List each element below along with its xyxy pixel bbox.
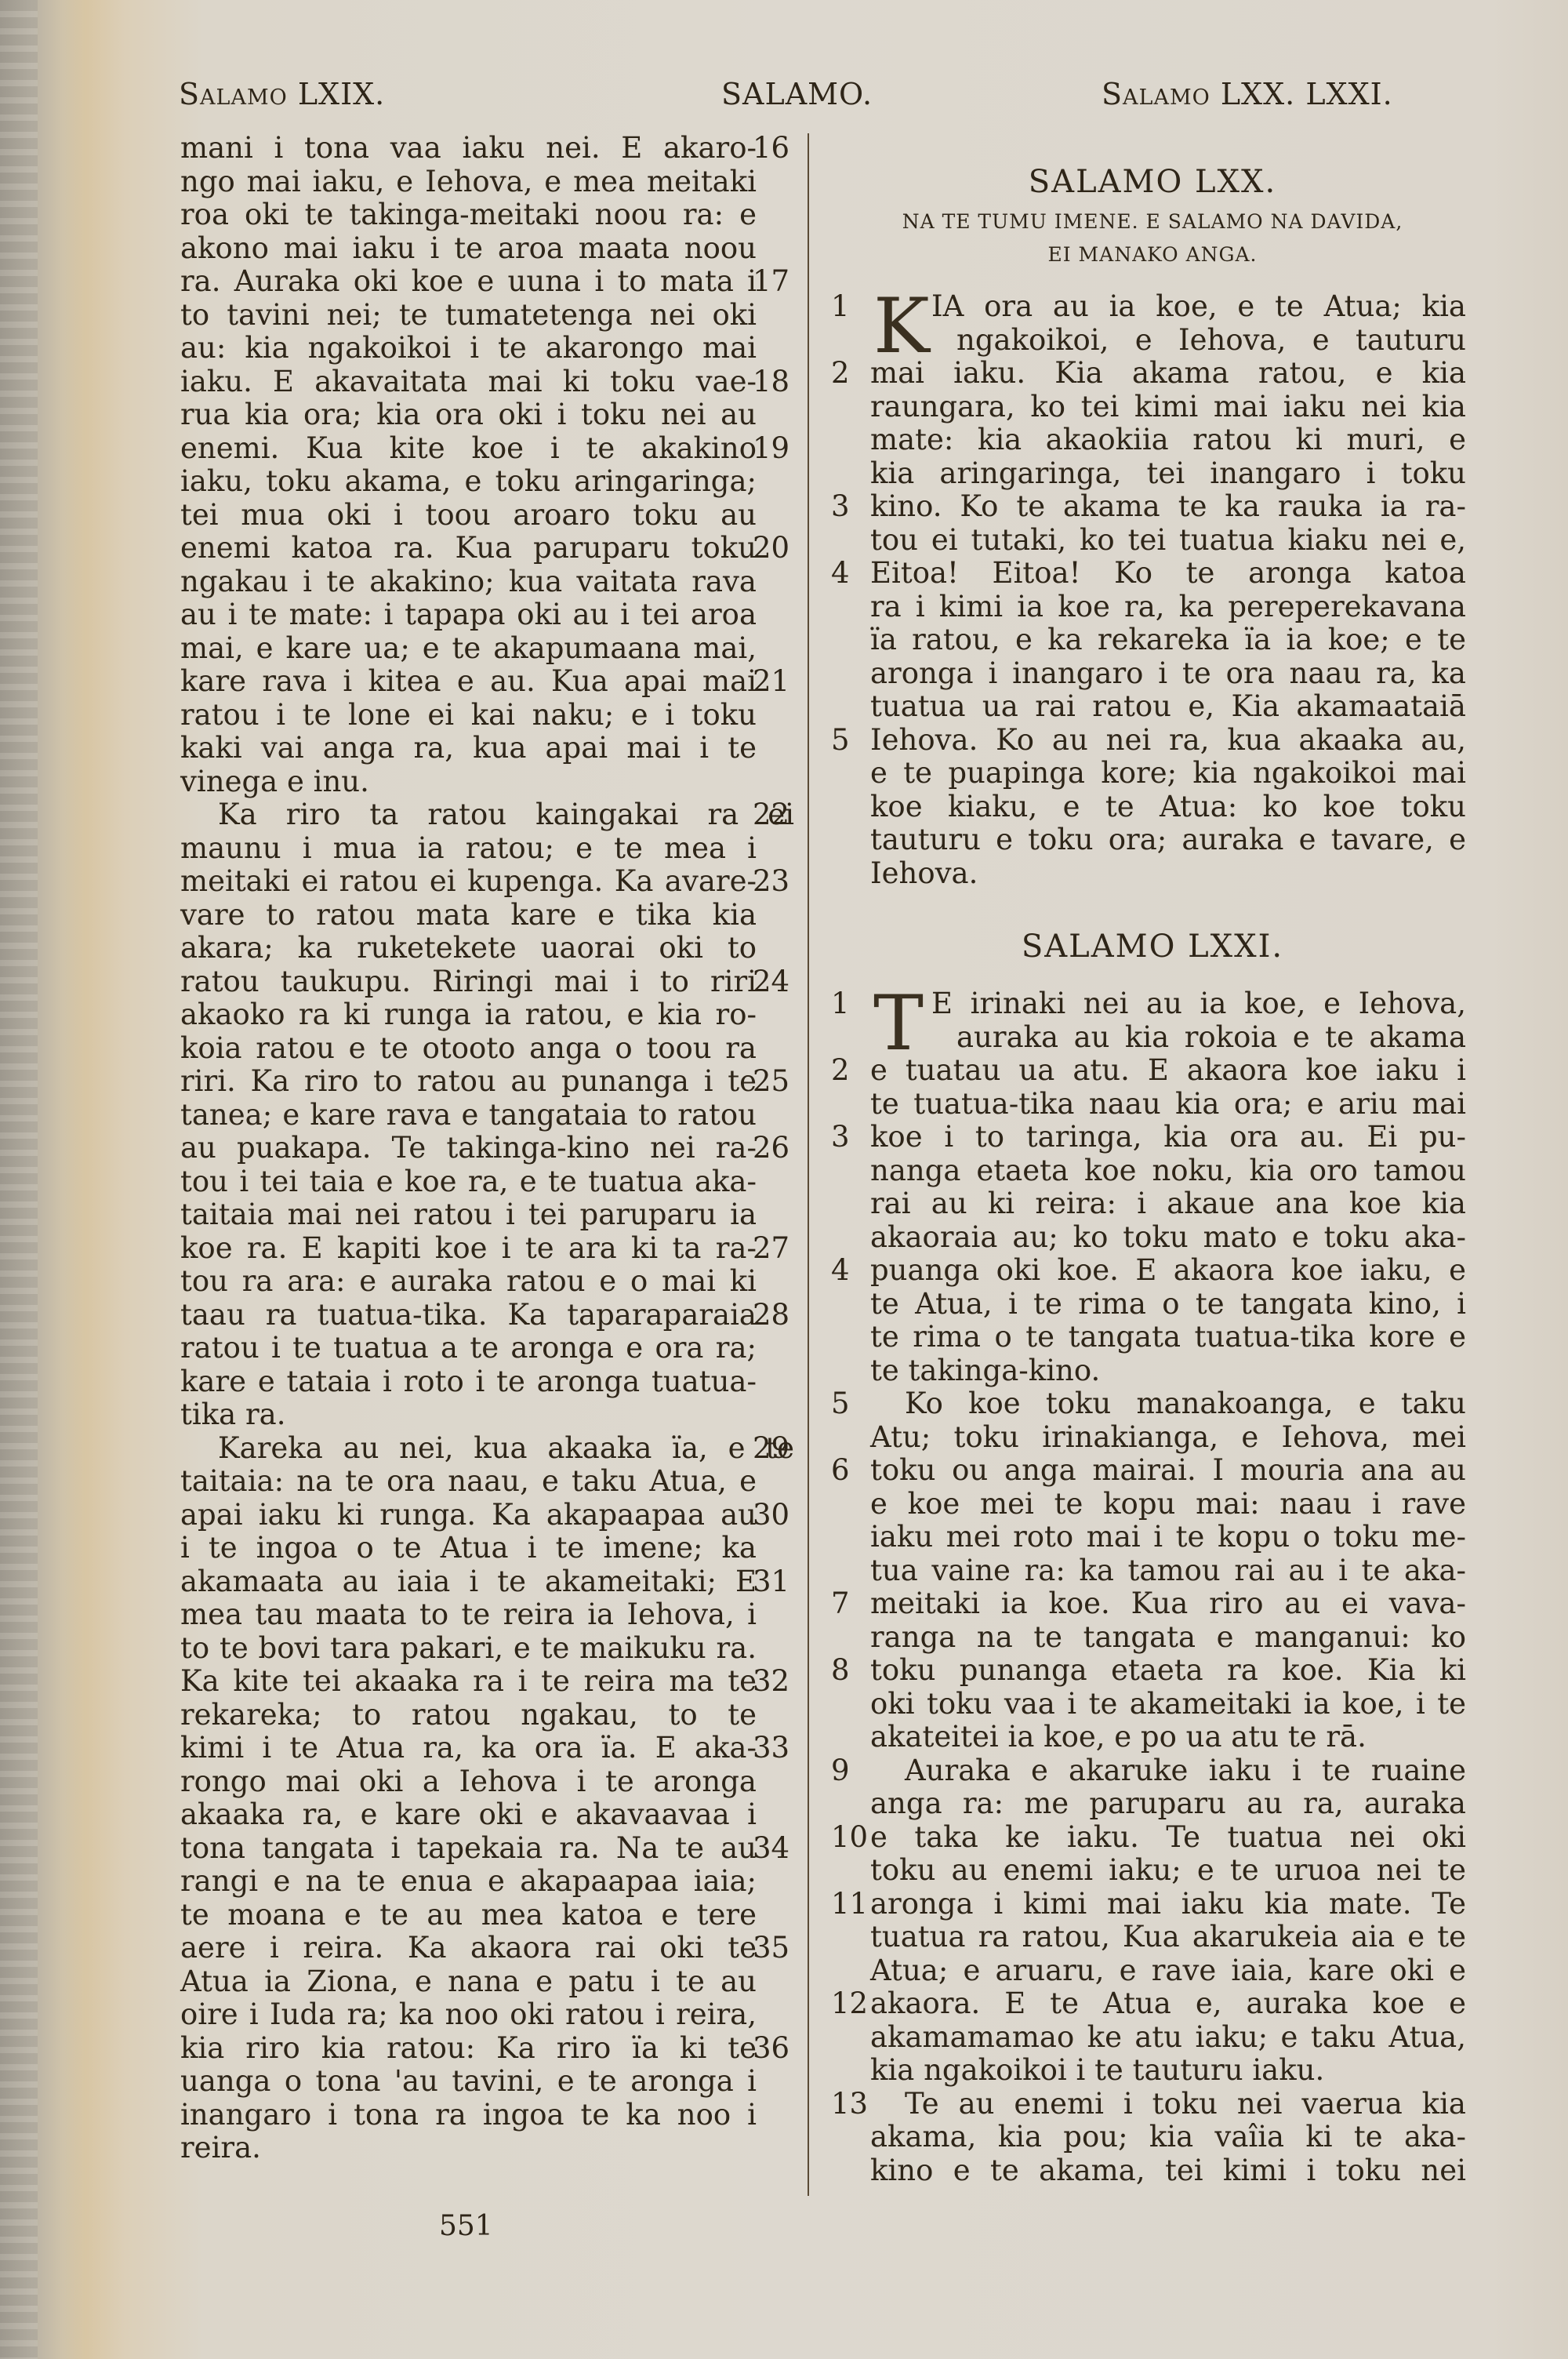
text-line: ngakoikoi, e Iehova, e tauturu	[839, 324, 1466, 358]
verse-number: 4	[831, 1254, 867, 1288]
line-text: akono mai iaku i te aroa maata noou	[180, 232, 757, 266]
text-line: apai iaku ki runga. Ka akapaapaa au30	[180, 1499, 792, 1532]
text-line: Ka riro ta ratou kaingakai ra ei22	[180, 798, 792, 832]
verse-number: 1	[831, 987, 867, 1021]
text-line: to tavini nei; te tumatetenga nei oki	[180, 299, 792, 333]
verse-number: 3	[831, 1121, 867, 1154]
line-text: kino e te akama, tei kimi i toku nei	[870, 2154, 1466, 2188]
line-text: ra. Auraka oki koe e uuna i to mata i	[180, 265, 757, 299]
line-text: mate: kia akaokiia ratou ki muri, e	[870, 423, 1466, 457]
line-text: kia riro kia ratou: Ka riro ïa ki te	[180, 2032, 757, 2066]
text-line: akaaka ra, e kare oki e akavaavaa i	[180, 1798, 792, 1832]
psalm-71-title: SALAMO LXXI.	[839, 923, 1466, 970]
text-line: koe ra. E kapiti koe i te ara ki ta ra-2…	[180, 1232, 792, 1266]
verse-number: 3	[831, 490, 867, 524]
line-text: to tavini nei; te tumatetenga nei oki	[180, 299, 757, 333]
line-text: te rima o te tangata tuatua-tika kore e	[870, 1321, 1466, 1354]
line-text: mai iaku. Kia akama ratou, e kia	[870, 357, 1466, 391]
text-line: IA ora au ia koe, e te Atua; kia1	[839, 290, 1466, 324]
line-text: au puakapa. Te takinga-kino nei ra-	[180, 1132, 757, 1165]
line-text: iaku mei roto mai i te kopu o toku me-	[870, 1521, 1466, 1554]
text-line: ngo mai iaku, e Iehova, e mea meitaki	[180, 165, 792, 199]
verse-number: 31	[753, 1565, 792, 1599]
line-text: te moana e te au mea katoa e tere	[180, 1899, 757, 1932]
line-text: Eitoa! Eitoa! Ko te aronga katoa	[870, 557, 1466, 591]
text-line: te moana e te au mea katoa e tere	[180, 1899, 792, 1932]
line-text: koia ratou e te otooto anga o toou ra	[180, 1032, 757, 1066]
line-text: Ka kite tei akaaka ra i te reira ma te	[180, 1665, 757, 1699]
text-line: ranga na te tangata e manganui: ko	[839, 1621, 1466, 1655]
verse-number: 7	[831, 1587, 867, 1621]
text-line: akaoraia au; ko toku mato e toku aka-	[839, 1221, 1466, 1255]
verse-number: 10	[831, 1821, 867, 1855]
text-line: rekareka; to ratou ngakau, to te	[180, 1699, 792, 1732]
line-text: raungara, ko tei kimi mai iaku nei kia	[870, 391, 1466, 424]
left-column: mani i tona vaa iaku nei. E akaro-16ngo …	[180, 132, 792, 2165]
line-text: kimi i te Atua ra, ka ora ïa. E aka-	[180, 1732, 757, 1765]
text-line: vinega e inu.	[180, 765, 792, 799]
text-line: akono mai iaku i te aroa maata noou	[180, 232, 792, 266]
text-line: kare e tataia i roto i te aronga tuatua-	[180, 1365, 792, 1399]
line-text: toku au enemi iaku; e te uruoa nei te	[870, 1854, 1466, 1888]
page-number: 551	[439, 2210, 493, 2242]
line-text: oki toku vaa i te akameitaki ia koe, i t…	[870, 1688, 1466, 1721]
line-text: anga ra: me paruparu au ra, auraka	[870, 1787, 1466, 1821]
verse-number: 33	[753, 1732, 792, 1765]
line-text: akateitei ia koe, e po ua atu te rā.	[870, 1721, 1466, 1754]
line-text: koe kiaku, e te Atua: ko koe toku	[870, 791, 1466, 824]
line-text: auraka au kia rokoia e te akama	[870, 1021, 1466, 1055]
text-line: ïa ratou, e ka rekareka ïa ia koe; e te	[839, 623, 1466, 657]
line-text: ratou i te tuatua a te aronga e ora ra;	[180, 1332, 757, 1365]
text-line: uanga o tona 'au tavini, e te aronga i	[180, 2065, 792, 2099]
text-line: Atua; e aruaru, e rave iaia, kare oki e	[839, 1954, 1466, 1988]
line-text: Te au enemi i toku nei vaerua kia	[870, 2088, 1466, 2121]
text-line: tauturu e toku ora; auraka e tavare, e	[839, 823, 1466, 857]
line-text: ratou taukupu. Riringi mai i to riri	[180, 965, 757, 999]
text-line: inangaro i tona ra ingoa te ka noo i	[180, 2099, 792, 2132]
line-text: tou ra ara: e auraka ratou e o mai ki	[180, 1265, 757, 1299]
line-text: e taka ke iaku. Te tuatua nei oki	[870, 1821, 1466, 1855]
line-text: inangaro i tona ra ingoa te ka noo i	[180, 2099, 757, 2132]
text-line: tou ra ara: e auraka ratou e o mai ki	[180, 1265, 792, 1299]
text-line: tika ra.	[180, 1398, 792, 1432]
line-text: Kareka au nei, kua akaaka ïa, e te	[218, 1432, 794, 1466]
verse-number: 2	[831, 1054, 867, 1088]
line-text: kaki vai anga ra, kua apai mai i te	[180, 732, 757, 765]
line-text: oire i Iuda ra; ka noo oki ratou i reira…	[180, 1998, 757, 2032]
facing-page-edge	[0, 0, 38, 2359]
line-text: Atua ia Ziona, e nana e patu i te au	[180, 1965, 757, 1999]
line-text: koe ra. E kapiti koe i te ara ki ta ra-	[180, 1232, 757, 1266]
text-line: toku ou anga mairai. I mouria ana au6	[839, 1454, 1466, 1488]
line-text: tauturu e toku ora; auraka e tavare, e	[870, 823, 1466, 857]
text-line: meitaki ia koe. Kua riro au ei vava-7	[839, 1587, 1466, 1621]
verse-number: 24	[753, 965, 792, 999]
text-line: Te au enemi i toku nei vaerua kia13	[839, 2088, 1466, 2121]
line-text: Atu; toku irinakianga, e Iehova, mei	[870, 1421, 1466, 1455]
line-text: akara; ka ruketekete uaorai oki to	[180, 932, 757, 965]
line-text: reira.	[180, 2132, 757, 2165]
text-line: iaku mei roto mai i te kopu o toku me-	[839, 1521, 1466, 1554]
verse-number: 36	[753, 2032, 792, 2066]
text-line: taau ra tuatua-tika. Ka taparaparaia28	[180, 1299, 792, 1332]
line-text: iaku, toku akama, e toku aringaringa;	[180, 465, 757, 499]
line-text: apai iaku ki runga. Ka akapaapaa au	[180, 1499, 757, 1532]
line-text: tei mua oki i toou aroaro toku au	[180, 499, 757, 533]
text-line: E irinaki nei au ia koe, e Iehova,1	[839, 987, 1466, 1021]
text-line: taitaia mai nei ratou i tei paruparu ia	[180, 1198, 792, 1232]
line-text: Atua; e aruaru, e rave iaia, kare oki e	[870, 1954, 1466, 1988]
line-text: taau ra tuatua-tika. Ka taparaparaia	[180, 1299, 757, 1332]
verse-number: 22	[753, 798, 792, 832]
line-text: IA ora au ia koe, e te Atua; kia	[870, 290, 1466, 324]
line-text: uanga o tona 'au tavini, e te aronga i	[180, 2065, 757, 2099]
line-text: tika ra.	[180, 1398, 757, 1432]
line-text: vinega e inu.	[180, 765, 757, 799]
verse-number: 32	[753, 1665, 792, 1699]
text-line: mea tau maata to te reira ia Iehova, i	[180, 1598, 792, 1632]
text-line: tanea; e kare rava e tangataia to ratou	[180, 1099, 792, 1132]
line-text: akaaka ra, e kare oki e akavaavaa i	[180, 1798, 757, 1832]
line-text: to te bovi tara pakari, e te maikuku ra.	[180, 1632, 757, 1666]
text-line: koe kiaku, e te Atua: ko koe toku	[839, 791, 1466, 824]
text-line: meitaki ei ratou ei kupenga. Ka avare-23	[180, 865, 792, 899]
text-line: Iehova. Ko au nei ra, kua akaaka au,5	[839, 724, 1466, 758]
line-text: meitaki ia koe. Kua riro au ei vava-	[870, 1587, 1466, 1621]
text-line: i te ingoa o te Atua i te imene; ka	[180, 1532, 792, 1565]
verse-number: 35	[753, 1932, 792, 1965]
text-line: maunu i mua ia ratou; e te mea i	[180, 832, 792, 866]
line-text: tanea; e kare rava e tangataia to ratou	[180, 1099, 757, 1132]
line-text: riri. Ka riro to ratou au punanga i te	[180, 1065, 757, 1099]
text-line: ratou i te lone ei kai naku; e i toku	[180, 699, 792, 732]
text-line: e koe mei te kopu mai: naau i rave	[839, 1488, 1466, 1521]
verse-number: 8	[831, 1654, 867, 1688]
running-head-right: Salamo LXX. LXXI.	[1102, 77, 1393, 111]
text-line: aere i reira. Ka akaora rai oki te35	[180, 1932, 792, 1965]
text-line: kia aringaringa, tei inangaro i toku	[839, 457, 1466, 491]
text-line: kino e te akama, tei kimi i toku nei	[839, 2154, 1466, 2188]
line-text: ra i kimi ia koe ra, ka pereperekavana	[870, 591, 1466, 624]
text-line: au puakapa. Te takinga-kino nei ra-26	[180, 1132, 792, 1165]
line-text: tou ei tutaki, ko tei tuatua kiaku nei e…	[870, 524, 1466, 558]
text-line: auraka au kia rokoia e te akama	[839, 1021, 1466, 1055]
line-text: ngo mai iaku, e Iehova, e mea meitaki	[180, 165, 757, 199]
verse-number: 18	[753, 365, 792, 399]
column-divider-rule	[808, 133, 809, 2196]
line-text: Iehova.	[870, 857, 1466, 891]
psalm-70-subtitle-line1: NA TE TUMU IMENE. E SALAMO NA DAVIDA,	[839, 205, 1466, 238]
line-text: Auraka e akaruke iaku i te ruaine	[870, 1754, 1466, 1788]
line-text: Ko koe toku manakoanga, e taku	[870, 1387, 1466, 1421]
text-line: koia ratou e te otooto anga o toou ra	[180, 1032, 792, 1066]
line-text: mai, e kare ua; e te akapumaana mai,	[180, 632, 757, 666]
text-line: kia riro kia ratou: Ka riro ïa ki te36	[180, 2032, 792, 2066]
text-line: Ko koe toku manakoanga, e taku5	[839, 1387, 1466, 1421]
text-line: Ka kite tei akaaka ra i te reira ma te32	[180, 1665, 792, 1699]
line-text: ïa ratou, e ka rekareka ïa ia koe; e te	[870, 623, 1466, 657]
text-line: akama, kia pou; kia vaîia ki te aka-	[839, 2121, 1466, 2154]
text-line: ra i kimi ia koe ra, ka pereperekavana	[839, 591, 1466, 624]
line-text: tuatua ra ratou, Kua akarukeia aia e te	[870, 1921, 1466, 1954]
line-text: akaoko ra ki runga ia ratou, e kia ro-	[180, 998, 757, 1032]
line-text: tona tangata i tapekaia ra. Na te au	[180, 1832, 757, 1866]
line-text: te Atua, i te rima o te tangata kino, i	[870, 1288, 1466, 1321]
verse-number: 6	[831, 1454, 867, 1488]
line-text: Ka riro ta ratou kaingakai ra ei	[218, 798, 794, 832]
text-line: aronga i kimi mai iaku kia mate. Te11	[839, 1888, 1466, 1921]
line-text: toku ou anga mairai. I mouria ana au	[870, 1454, 1466, 1488]
running-head-left: Salamo LXIX.	[179, 77, 385, 111]
text-line: te Atua, i te rima o te tangata kino, i	[839, 1288, 1466, 1321]
line-text: e tuatau ua atu. E akaora koe iaku i	[870, 1054, 1466, 1088]
text-line: toku au enemi iaku; e te uruoa nei te	[839, 1854, 1466, 1888]
text-line: toku punanga etaeta ra koe. Kia ki8	[839, 1654, 1466, 1688]
text-line: rai au ki reira: i akaue ana koe kia	[839, 1187, 1466, 1221]
text-line: te tuatua-tika naau kia ora; e ariu mai	[839, 1088, 1466, 1121]
text-line: akaoko ra ki runga ia ratou, e kia ro-	[180, 998, 792, 1032]
line-text: tou i tei taia e koe ra, e te tuatua aka…	[180, 1165, 757, 1199]
text-line: puanga oki koe. E akaora koe iaku, e4	[839, 1254, 1466, 1288]
line-text: akaora. E te Atua e, auraka koe e	[870, 1987, 1466, 2021]
line-text: rai au ki reira: i akaue ana koe kia	[870, 1187, 1466, 1221]
line-text: rekareka; to ratou ngakau, to te	[180, 1699, 757, 1732]
line-text: akamaata au iaia i te akameitaki; E	[180, 1565, 757, 1599]
text-line: tou ei tutaki, ko tei tuatua kiaku nei e…	[839, 524, 1466, 558]
text-line: mai, e kare ua; e te akapumaana mai,	[180, 632, 792, 666]
line-text: ranga na te tangata e manganui: ko	[870, 1621, 1466, 1655]
verse-number: 23	[753, 865, 792, 899]
text-line: taitaia: na te ora naau, e taku Atua, e	[180, 1465, 792, 1499]
text-line: Atua ia Ziona, e nana e patu i te au	[180, 1965, 792, 1999]
verse-number: 28	[753, 1299, 792, 1332]
text-line: e tuatau ua atu. E akaora koe iaku i2	[839, 1054, 1466, 1088]
text-line: akara; ka ruketekete uaorai oki to	[180, 932, 792, 965]
verse-number: 11	[831, 1888, 867, 1921]
text-line: au: kia ngakoikoi i te akarongo mai	[180, 332, 792, 365]
text-line: vare to ratou mata kare e tika kia	[180, 899, 792, 932]
verse-number: 26	[753, 1132, 792, 1165]
text-line: Atu; toku irinakianga, e Iehova, mei	[839, 1421, 1466, 1455]
verse-number: 12	[831, 1987, 867, 2021]
text-line: akaora. E te Atua e, auraka koe e12	[839, 1987, 1466, 2021]
verse-number: 4	[831, 557, 867, 591]
text-line: tua vaine ra: ka tamou rai au i te aka-	[839, 1554, 1466, 1588]
line-text: nanga etaeta koe noku, kia oro tamou	[870, 1154, 1466, 1188]
line-text: ngakoikoi, e Iehova, e tauturu	[870, 324, 1466, 358]
text-line: akamaata au iaia i te akameitaki; E31	[180, 1565, 792, 1599]
line-text: iaku. E akavaitata mai ki toku vae-	[180, 365, 757, 399]
verse-number: 17	[753, 265, 792, 299]
running-head-center: SALAMO.	[721, 77, 873, 111]
text-line: ngakau i te akakino; kua vaitata rava	[180, 565, 792, 599]
text-line: roa oki te takinga-meitaki noou ra: e	[180, 198, 792, 232]
verse-number: 27	[753, 1232, 792, 1266]
line-text: kia aringaringa, tei inangaro i toku	[870, 457, 1466, 491]
line-text: akaoraia au; ko toku mato e toku aka-	[870, 1221, 1466, 1255]
text-line: ratou i te tuatua a te aronga e ora ra;	[180, 1332, 792, 1365]
psalm-70-title: SALAMO LXX.	[839, 158, 1466, 205]
text-line: to te bovi tara pakari, e te maikuku ra.	[180, 1632, 792, 1666]
line-text: roa oki te takinga-meitaki noou ra: e	[180, 198, 757, 232]
line-text: i te ingoa o te Atua i te imene; ka	[180, 1532, 757, 1565]
line-text: aere i reira. Ka akaora rai oki te	[180, 1932, 757, 1965]
text-line: e te puapinga kore; kia ngakoikoi mai	[839, 757, 1466, 791]
text-line: koe i to taringa, kia ora au. Ei pu-3	[839, 1121, 1466, 1154]
line-text: e koe mei te kopu mai: naau i rave	[870, 1488, 1466, 1521]
line-text: ratou i te lone ei kai naku; e i toku	[180, 699, 757, 732]
verse-number: 16	[753, 132, 792, 165]
verse-number: 19	[753, 432, 792, 466]
text-line: au i te mate: i tapapa oki au i tei aroa	[180, 598, 792, 632]
verse-number: 29	[753, 1432, 792, 1466]
line-text: mani i tona vaa iaku nei. E akaro-	[180, 132, 757, 165]
verse-number: 20	[753, 532, 792, 565]
line-text: E irinaki nei au ia koe, e Iehova,	[870, 987, 1466, 1021]
text-line: mani i tona vaa iaku nei. E akaro-16	[180, 132, 792, 165]
line-text: koe i to taringa, kia ora au. Ei pu-	[870, 1121, 1466, 1154]
line-text: kare e tataia i roto i te aronga tuatua-	[180, 1365, 757, 1399]
verse-number: 30	[753, 1499, 792, 1532]
line-text: taitaia: na te ora naau, e taku Atua, e	[180, 1465, 757, 1499]
running-head: Salamo LXIX. SALAMO. Salamo LXX. LXXI.	[0, 77, 1568, 124]
text-line: rongo mai oki a Iehova i te aronga	[180, 1765, 792, 1799]
text-line: tuatua ua rai ratou e, Kia akamaataiā	[839, 690, 1466, 724]
line-text: enemi. Kua kite koe i te akakino	[180, 432, 757, 466]
psalm-70-subtitle-line2: EI MANAKO ANGA.	[839, 238, 1466, 271]
text-line: e taka ke iaku. Te tuatua nei oki10	[839, 1821, 1466, 1855]
line-text: aronga i inangaro i te ora naau ra, ka	[870, 657, 1466, 691]
text-line: ratou taukupu. Riringi mai i to riri24	[180, 965, 792, 999]
text-line: tuatua ra ratou, Kua akarukeia aia e te	[839, 1921, 1466, 1954]
right-column: SALAMO LXX. NA TE TUMU IMENE. E SALAMO N…	[839, 132, 1497, 2187]
verse-number: 5	[831, 1387, 867, 1421]
text-line: kaki vai anga ra, kua apai mai i te	[180, 732, 792, 765]
verse-number: 21	[753, 665, 792, 699]
verse-number: 25	[753, 1065, 792, 1099]
text-line: aronga i inangaro i te ora naau ra, ka	[839, 657, 1466, 691]
text-line: oire i Iuda ra; ka noo oki ratou i reira…	[180, 1998, 792, 2032]
psalm-71-body: T E irinaki nei au ia koe, e Iehova,1aur…	[839, 987, 1497, 2187]
psalm-70-body: K IA ora au ia koe, e te Atua; kia1ngako…	[839, 290, 1497, 890]
text-line: akateitei ia koe, e po ua atu te rā.	[839, 1721, 1466, 1754]
line-text: meitaki ei ratou ei kupenga. Ka avare-	[180, 865, 757, 899]
text-line: mai iaku. Kia akama ratou, e kia2	[839, 357, 1466, 391]
text-line: enemi katoa ra. Kua paruparu toku20	[180, 532, 792, 565]
text-line: reira.	[180, 2132, 792, 2165]
line-text: rongo mai oki a Iehova i te aronga	[180, 1765, 757, 1799]
text-line: kia ngakoikoi i te tauturu iaku.	[839, 2054, 1466, 2088]
line-text: te tuatua-tika naau kia ora; e ariu mai	[870, 1088, 1466, 1121]
text-line: Eitoa! Eitoa! Ko te aronga katoa4	[839, 557, 1466, 591]
text-line: tou i tei taia e koe ra, e te tuatua aka…	[180, 1165, 792, 1199]
text-line: rangi e na te enua e akapaapaa iaia;	[180, 1865, 792, 1899]
line-text: rangi e na te enua e akapaapaa iaia;	[180, 1865, 757, 1899]
line-text: enemi katoa ra. Kua paruparu toku	[180, 532, 757, 565]
line-text: Iehova. Ko au nei ra, kua akaaka au,	[870, 724, 1466, 758]
text-line: tona tangata i tapekaia ra. Na te au34	[180, 1832, 792, 1866]
text-line: nanga etaeta koe noku, kia oro tamou	[839, 1154, 1466, 1188]
line-text: tuatua ua rai ratou e, Kia akamaataiā	[870, 690, 1466, 724]
text-line: anga ra: me paruparu au ra, auraka	[839, 1787, 1466, 1821]
line-text: tua vaine ra: ka tamou rai au i te aka-	[870, 1554, 1466, 1588]
text-line: Kareka au nei, kua akaaka ïa, e te29	[180, 1432, 792, 1466]
verse-number: 13	[831, 2088, 867, 2121]
line-text: ngakau i te akakino; kua vaitata rava	[180, 565, 757, 599]
text-line: oki toku vaa i te akameitaki ia koe, i t…	[839, 1688, 1466, 1721]
line-text: au: kia ngakoikoi i te akarongo mai	[180, 332, 757, 365]
line-text: toku punanga etaeta ra koe. Kia ki	[870, 1654, 1466, 1688]
text-line: rua kia ora; kia ora oki i toku nei au	[180, 398, 792, 432]
text-line: ra. Auraka oki koe e uuna i to mata i17	[180, 265, 792, 299]
line-text: akamamamao ke atu iaku; e taku Atua,	[870, 2021, 1466, 2055]
line-text: kia ngakoikoi i te tauturu iaku.	[870, 2054, 1466, 2088]
line-text: akama, kia pou; kia vaîia ki te aka-	[870, 2121, 1466, 2154]
verse-number: 34	[753, 1832, 792, 1866]
verse-number: 1	[831, 290, 867, 324]
text-line: kare rava i kitea e au. Kua apai mai21	[180, 665, 792, 699]
line-text: kare rava i kitea e au. Kua apai mai	[180, 665, 757, 699]
line-text: kino. Ko te akama te ka rauka ia ra-	[870, 490, 1466, 524]
text-line: te takinga-kino.	[839, 1354, 1466, 1388]
line-text: aronga i kimi mai iaku kia mate. Te	[870, 1888, 1466, 1921]
line-text: maunu i mua ia ratou; e te mea i	[180, 832, 757, 866]
text-line: te rima o te tangata tuatua-tika kore e	[839, 1321, 1466, 1354]
line-text: mea tau maata to te reira ia Iehova, i	[180, 1598, 757, 1632]
text-line: iaku, toku akama, e toku aringaringa;	[180, 465, 792, 499]
line-text: te takinga-kino.	[870, 1354, 1466, 1388]
text-line: enemi. Kua kite koe i te akakino19	[180, 432, 792, 466]
text-line: kino. Ko te akama te ka rauka ia ra-3	[839, 490, 1466, 524]
text-line: riri. Ka riro to ratou au punanga i te25	[180, 1065, 792, 1099]
verse-number: 2	[831, 357, 867, 391]
text-line: raungara, ko tei kimi mai iaku nei kia	[839, 391, 1466, 424]
line-text: taitaia mai nei ratou i tei paruparu ia	[180, 1198, 757, 1232]
text-line: kimi i te Atua ra, ka ora ïa. E aka-33	[180, 1732, 792, 1765]
verse-number: 9	[831, 1754, 867, 1788]
verse-number: 5	[831, 724, 867, 758]
line-text: vare to ratou mata kare e tika kia	[180, 899, 757, 932]
text-line: iaku. E akavaitata mai ki toku vae-18	[180, 365, 792, 399]
line-text: puanga oki koe. E akaora koe iaku, e	[870, 1254, 1466, 1288]
text-line: akamamamao ke atu iaku; e taku Atua,	[839, 2021, 1466, 2055]
text-line: Auraka e akaruke iaku i te ruaine9	[839, 1754, 1466, 1788]
text-line: mate: kia akaokiia ratou ki muri, e	[839, 423, 1466, 457]
line-text: rua kia ora; kia ora oki i toku nei au	[180, 398, 757, 432]
line-text: au i te mate: i tapapa oki au i tei aroa	[180, 598, 757, 632]
text-line: Iehova.	[839, 857, 1466, 891]
line-text: e te puapinga kore; kia ngakoikoi mai	[870, 757, 1466, 791]
text-line: tei mua oki i toou aroaro toku au	[180, 499, 792, 533]
